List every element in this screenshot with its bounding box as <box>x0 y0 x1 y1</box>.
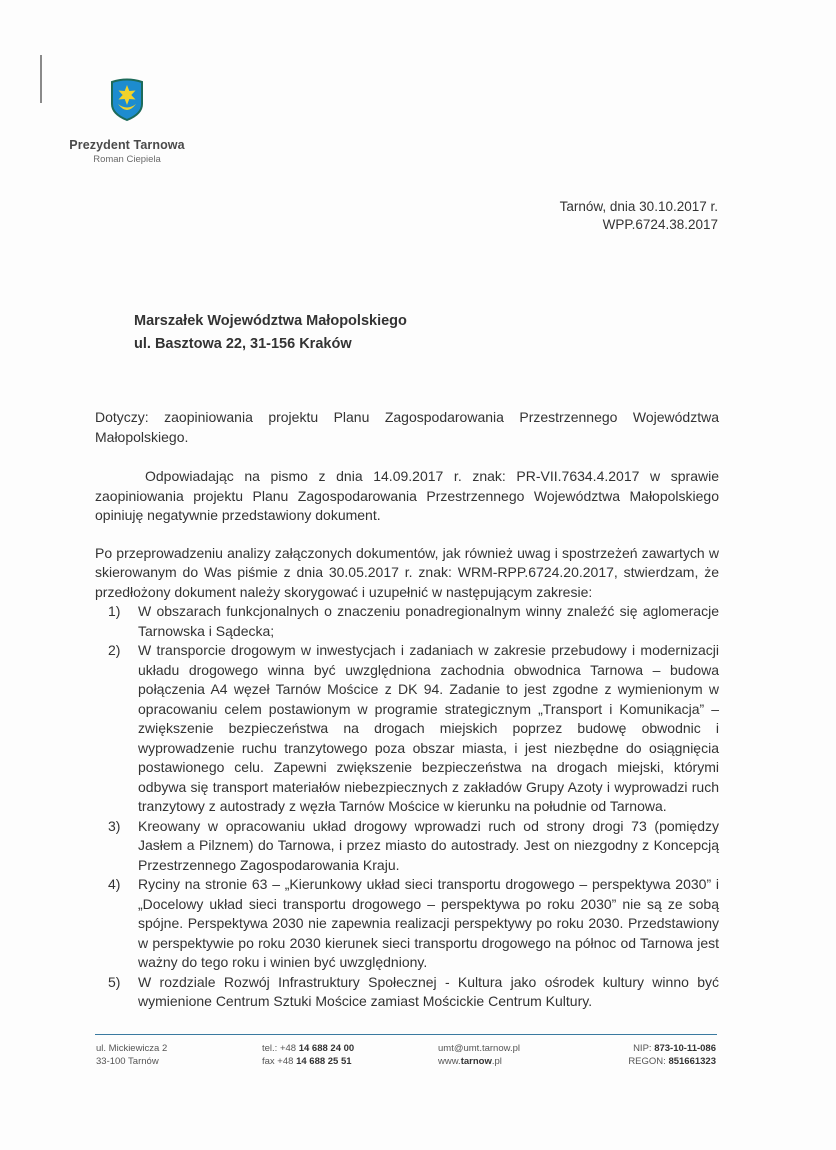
fax-value: 14 688 25 51 <box>296 1056 351 1067</box>
footer-city: 33-100 Tarnów <box>96 1055 167 1068</box>
fax-label: fax +48 <box>262 1056 296 1067</box>
paragraph-1: Odpowiadając na pismo z dnia 14.09.2017 … <box>95 467 719 526</box>
list-item: 2)W transporcie drogowym w inwestycjach … <box>108 641 719 817</box>
subject-line: Dotyczy: zaopiniowania projektu Planu Za… <box>95 408 719 447</box>
nip-label: NIP: <box>633 1043 654 1054</box>
list-text: W transporcie drogowym w inwestycjach i … <box>138 642 719 814</box>
addressee-name: Marszałek Województwa Małopolskiego <box>134 310 407 333</box>
regon-label: REGON: <box>628 1056 668 1067</box>
paragraph-2: Po przeprowadzeniu analizy załączonych d… <box>95 544 719 603</box>
list-number: 1) <box>108 602 120 622</box>
www-prefix: www. <box>438 1056 461 1067</box>
footer-divider <box>95 1034 717 1035</box>
list-number: 3) <box>108 817 120 837</box>
letter-page: Prezydent Tarnowa Roman Ciepiela Tarnów,… <box>0 0 836 1150</box>
tel-value: 14 688 24 00 <box>299 1043 354 1054</box>
addressee: Marszałek Województwa Małopolskiego ul. … <box>134 310 407 356</box>
list-item: 5)W rozdziale Rozwój Infrastruktury Społ… <box>108 973 719 1012</box>
list-number: 5) <box>108 973 120 993</box>
letterhead: Prezydent Tarnowa Roman Ciepiela <box>62 78 192 165</box>
letterhead-title: Prezydent Tarnowa <box>62 138 192 152</box>
tarnow-coat-of-arms-icon <box>109 78 145 122</box>
www-domain: tarnow <box>461 1056 492 1067</box>
place-date: Tarnów, dnia 30.10.2017 r. <box>560 198 718 216</box>
reference-number: WPP.6724.38.2017 <box>560 216 718 234</box>
letterhead-subtitle: Roman Ciepiela <box>62 154 192 165</box>
list-text: Kreowany w opracowaniu układ drogowy wpr… <box>138 818 719 873</box>
addressee-address: ul. Basztowa 22, 31-156 Kraków <box>134 333 407 356</box>
footer-ids: NIP: 873-10-11-086 REGON: 851661323 <box>628 1042 716 1068</box>
list-number: 2) <box>108 641 120 661</box>
footer-contact: umt@umt.tarnow.pl www.tarnow.pl <box>438 1042 520 1068</box>
list-item: 1)W obszarach funkcjonalnych o znaczeniu… <box>108 602 719 641</box>
footer-phone: tel.: +48 14 688 24 00 fax +48 14 688 25… <box>262 1042 354 1068</box>
scan-margin-mark <box>40 55 42 103</box>
list-item: 3)Kreowany w opracowaniu układ drogowy w… <box>108 817 719 876</box>
footer-street: ul. Mickiewicza 2 <box>96 1042 167 1055</box>
footer-website: www.tarnow.pl <box>438 1055 520 1068</box>
list-item: 4)Ryciny na stronie 63 – „Kierunkowy ukł… <box>108 875 719 973</box>
footer-address: ul. Mickiewicza 2 33-100 Tarnów <box>96 1042 167 1068</box>
tel-label: tel.: +48 <box>262 1043 299 1054</box>
nip-value: 873-10-11-086 <box>654 1043 716 1054</box>
list-text: W rozdziale Rozwój Infrastruktury Społec… <box>138 974 719 1010</box>
list-text: W obszarach funkcjonalnych o znaczeniu p… <box>138 603 719 639</box>
points-list: 1)W obszarach funkcjonalnych o znaczeniu… <box>95 602 719 1012</box>
list-text: Ryciny na stronie 63 – „Kierunkowy układ… <box>138 876 719 970</box>
letter-body: Dotyczy: zaopiniowania projektu Planu Za… <box>95 408 719 1012</box>
www-suffix: .pl <box>492 1056 502 1067</box>
list-number: 4) <box>108 875 120 895</box>
footer-email: umt@umt.tarnow.pl <box>438 1042 520 1055</box>
date-reference-block: Tarnów, dnia 30.10.2017 r. WPP.6724.38.2… <box>560 198 718 234</box>
regon-value: 851661323 <box>668 1056 716 1067</box>
